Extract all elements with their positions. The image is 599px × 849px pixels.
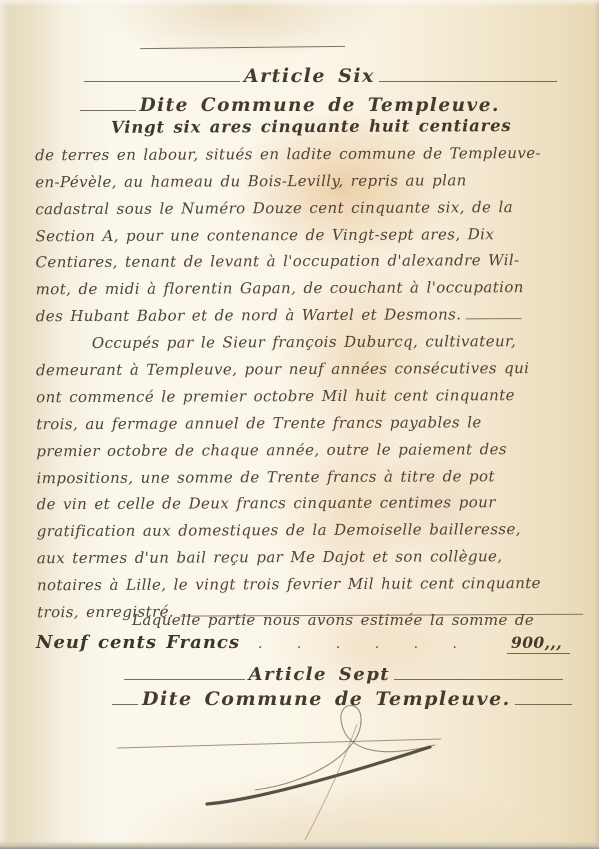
heading-rule-right <box>379 81 557 82</box>
top-closing-rule <box>140 46 345 49</box>
heading-rule-left <box>124 679 245 680</box>
manuscript-line: trois, au fermage annuel de Trente franc… <box>36 409 584 438</box>
article-six-heading-row: Article Six <box>80 60 561 87</box>
manuscript-line: en-Pévèle, au hameau du Bois-Levilly, re… <box>35 167 583 196</box>
manuscript-line: mot, de midi à florentin Gapan, de couch… <box>36 274 584 303</box>
manuscript-line: cadastral sous le Numéro Douze cent cinq… <box>35 193 583 222</box>
leader-dots: . . . . . . <box>240 636 507 652</box>
subheading-rule-left <box>80 110 136 111</box>
manuscript-line: gratification aux domestiques de la Demo… <box>37 516 585 545</box>
manuscript-line: ont commencé le premier octobre Mil huit… <box>36 382 584 411</box>
manuscript-line: premier octobre de chaque année, outre l… <box>36 435 584 464</box>
heading-rule-left <box>84 81 240 82</box>
subheading-rule-right <box>515 704 572 705</box>
manuscript-line: demeurant à Templeuve, pour neuf années … <box>36 355 584 384</box>
valuation-amount: 900,,, <box>507 633 570 654</box>
heading-rule-right <box>394 679 563 680</box>
manuscript-line: Occupés par le Sieur françois Duburcq, c… <box>36 328 584 357</box>
manuscript-page: Article Six Dite Commune de Templeuve. V… <box>0 0 599 849</box>
valuation-line: Neuf cents Francs . . . . . . 900,,, <box>36 632 584 654</box>
manuscript-line: notaires à Lille, le vingt trois fevrier… <box>37 570 585 599</box>
manuscript-line: aux termes d'un bail reçu par Me Dajot e… <box>37 543 585 572</box>
manuscript-line: Vingt six ares cinquante huit centiares <box>35 113 583 142</box>
notary-paraph-flourish <box>105 692 485 842</box>
valuation-label: Neuf cents Francs <box>36 632 240 653</box>
manuscript-line: de terres en labour, situés en ladite co… <box>35 140 583 169</box>
valuation-intro-line: Laquelle partie nous avons estimée la so… <box>36 611 534 629</box>
manuscript-line: de vin et celle de Deux francs cinquante… <box>37 489 585 518</box>
manuscript-line: des Hubant Babor et de nord à Wartel et … <box>36 301 584 330</box>
manuscript-line: impositions, une somme de Trente francs … <box>36 462 584 491</box>
manuscript-line: Centiares, tenant de levant à l'occupati… <box>35 247 583 276</box>
manuscript-body: Vingt six ares cinquante huit centiares … <box>35 113 585 626</box>
article-six-heading: Article Six <box>244 65 375 87</box>
commune-subheading-row-six: Dite Commune de Templeuve. <box>76 89 508 116</box>
manuscript-line: Section A, pour une contenance de Vingt-… <box>35 220 583 249</box>
paragraph-end-dash <box>465 318 521 319</box>
